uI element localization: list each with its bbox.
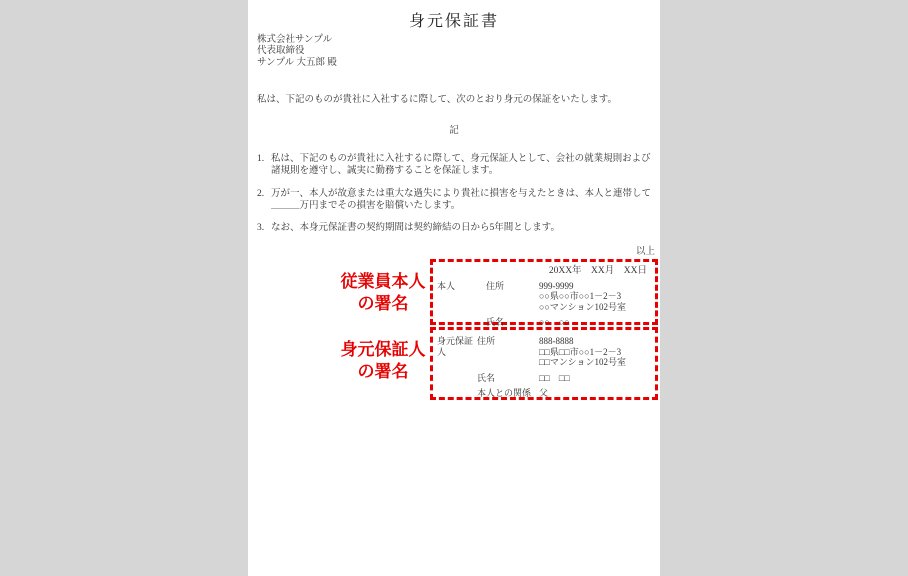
employee-signature-box: 20XX年 XX月 XX日 本人 住所 999-9999 ○○県○○市○○1－2…	[430, 259, 658, 325]
employee-address-line1: ○○県○○市○○1－2－3	[539, 291, 655, 302]
annotation-line: 従業員本人	[328, 271, 438, 293]
guarantor-signature-annotation: 身元保証人 の署名	[328, 339, 438, 383]
record-heading: 記	[248, 122, 660, 136]
recipient-company: 株式会社サンプル	[257, 35, 337, 46]
guarantor-address-line2: □□マンション102号室	[539, 357, 655, 368]
recipient-name: サンプル 大五郎 殿	[257, 58, 337, 69]
clause-number: 3.	[257, 223, 271, 235]
employee-address-label: 住所	[486, 281, 539, 313]
guarantor-relation-value: 父	[539, 388, 655, 399]
clause-line: ＿＿＿万円までその損害を賠償いたします。	[271, 201, 460, 211]
document-title: 身元保証書	[248, 8, 660, 31]
recipient-block: 株式会社サンプル 代表取締役 サンプル 大五郎 殿	[257, 35, 337, 69]
closing-text: 以上	[636, 243, 655, 257]
guarantor-address-value: 888-8888 □□県□□市○○1－2－3 □□マンション102号室	[539, 336, 655, 368]
guarantor-name-value: □□ □□	[539, 373, 655, 384]
employee-role-label: 本人	[437, 281, 486, 313]
recipient-title: 代表取締役	[257, 46, 337, 57]
guarantor-address-line1: □□県□□市○○1－2－3	[539, 347, 655, 358]
clause-text: なお、本身元保証書の契約期間は契約締結の日から5年間とします。	[271, 223, 560, 235]
guarantor-address-label: 住所	[477, 336, 539, 368]
clause-line: 万が一、本人が故意または重大な過失により貴社に損害を与えたときは、本人と連帯して	[271, 189, 651, 199]
guarantor-name-row: 氏名 □□ □□	[433, 373, 655, 384]
document-page: 身元保証書 株式会社サンプル 代表取締役 サンプル 大五郎 殿 私は、下記のもの…	[248, 0, 660, 576]
clause-text: 私は、下記のものが貴社に入社するに際して、身元保証人として、会社の就業規則および…	[271, 154, 651, 177]
annotation-line: の署名	[328, 361, 438, 383]
guarantor-address-row: 身元保証人 住所 888-8888 □□県□□市○○1－2－3 □□マンション1…	[433, 336, 655, 368]
clause-number: 1.	[257, 154, 271, 177]
guarantor-role-label: 身元保証人	[437, 336, 477, 368]
signature-date: 20XX年 XX月 XX日	[433, 262, 655, 277]
employee-address-value: 999-9999 ○○県○○市○○1－2－3 ○○マンション102号室	[539, 281, 655, 313]
annotation-line: 身元保証人	[328, 339, 438, 361]
employee-postal-code: 999-9999	[539, 281, 655, 292]
intro-text: 私は、下記のものが貴社に入社するに際して、次のとおり身元の保証をいたします。	[257, 91, 652, 105]
clause-item-3: 3. なお、本身元保証書の契約期間は契約締結の日から5年間とします。	[257, 223, 652, 235]
clause-line: 諸規則を遵守し、誠実に勤務することを保証します。	[271, 166, 498, 176]
employee-name-value: ○○ ○○	[539, 317, 655, 328]
employee-address-row: 本人 住所 999-9999 ○○県○○市○○1－2－3 ○○マンション102号…	[433, 281, 655, 313]
guarantor-postal-code: 888-8888	[539, 336, 655, 347]
clause-item-2: 2. 万が一、本人が故意または重大な過失により貴社に損害を与えたときは、本人と連…	[257, 189, 652, 212]
employee-name-label: 氏名	[486, 317, 539, 328]
guarantor-signature-box: 身元保証人 住所 888-8888 □□県□□市○○1－2－3 □□マンション1…	[430, 327, 658, 400]
clause-line: なお、本身元保証書の契約期間は契約締結の日から5年間とします。	[271, 223, 560, 233]
employee-signature-annotation: 従業員本人 の署名	[328, 271, 438, 315]
guarantor-name-label: 氏名	[477, 373, 539, 384]
guarantor-relation-label: 本人との関係	[477, 388, 539, 399]
clause-number: 2.	[257, 189, 271, 212]
employee-name-row: 氏名 ○○ ○○	[433, 317, 655, 328]
clause-text: 万が一、本人が故意または重大な過失により貴社に損害を与えたときは、本人と連帯して…	[271, 189, 651, 212]
clause-item-1: 1. 私は、下記のものが貴社に入社するに際して、身元保証人として、会社の就業規則…	[257, 154, 652, 177]
employee-address-line2: ○○マンション102号室	[539, 302, 655, 313]
guarantor-relation-row: 本人との関係 父	[433, 388, 655, 399]
annotation-line: の署名	[328, 293, 438, 315]
clause-line: 私は、下記のものが貴社に入社するに際して、身元保証人として、会社の就業規則および	[271, 154, 651, 164]
desktop-background: { "document": { "title": "身元保証書", "recip…	[0, 0, 908, 576]
